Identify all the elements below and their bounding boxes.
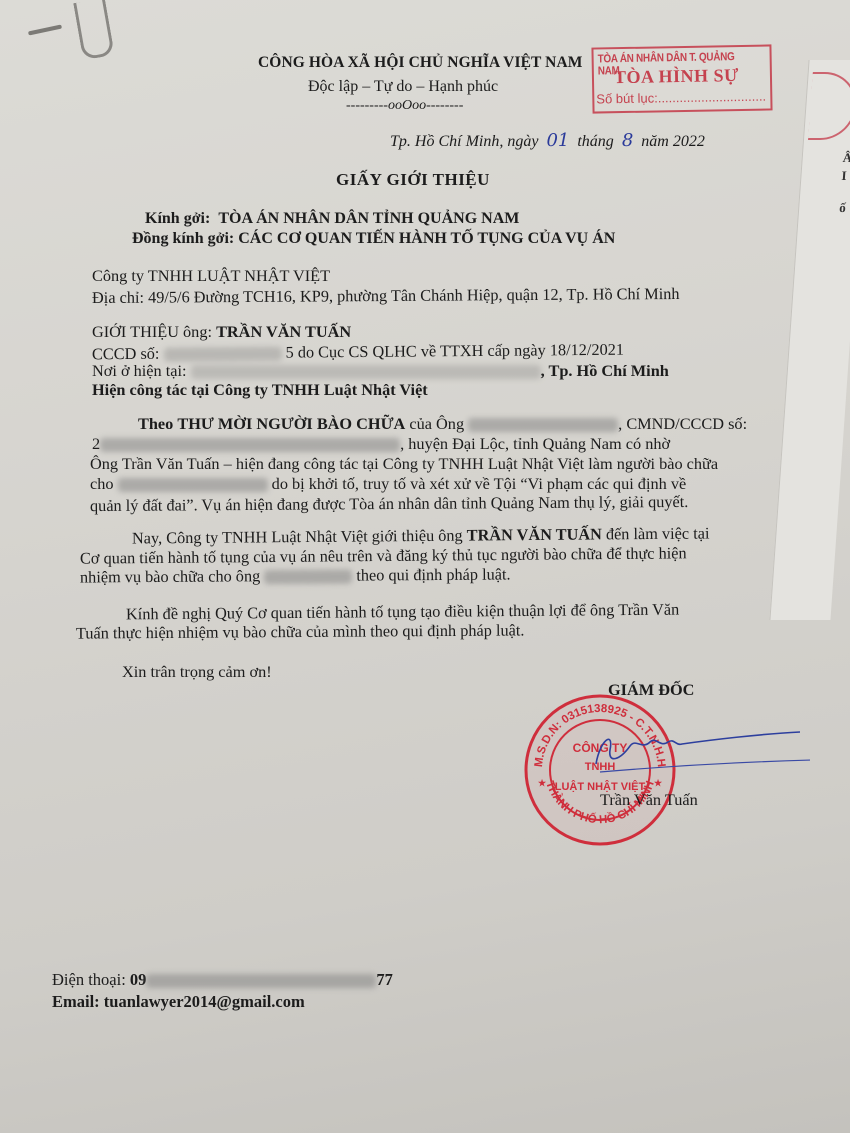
date-year: năm 2022: [641, 133, 705, 150]
handwritten-signature: [590, 720, 810, 780]
recipient-line: Kính gởi: TÒA ÁN NHÂN DÂN TỈNH QUẢNG NAM: [145, 210, 519, 228]
phone-end: 77: [376, 970, 393, 989]
email-line: Email: tuanlawyer2014@gmail.com: [52, 992, 305, 1012]
seal-star-icon: ★: [538, 778, 547, 788]
text: TRẦN VĂN TUẤN: [467, 524, 602, 544]
closing-text: Xin trân trọng cảm ơn!: [122, 662, 272, 682]
phone-label: Điện thoại:: [52, 970, 126, 989]
para2-line3: nhiệm vụ bào chữa cho ông theo qui định …: [80, 564, 511, 587]
cc-line: Đồng kính gởi: CÁC CƠ QUAN TIẾN HÀNH TỐ …: [132, 230, 615, 248]
text: Theo: [138, 414, 173, 433]
text: 2: [92, 434, 100, 453]
company-name: Công ty TNHH LUẬT NHẬT VIỆT: [92, 266, 330, 286]
underlying-sheet: Â I ố: [769, 60, 850, 620]
date-place: Tp. Hồ Chí Minh, ngày: [390, 133, 538, 150]
id-issue-info: 5 do Cục CS QLHC về TTXH cấp ngày 18/12/…: [285, 340, 624, 362]
date-line: Tp. Hồ Chí Minh, ngày01tháng8năm 2022: [390, 130, 705, 151]
para1-line4: cho do bị khởi tố, truy tố và xét xử về …: [90, 474, 686, 494]
phone-start: 09: [130, 970, 147, 989]
document-title: GIẤY GIỚI THIỆU: [336, 170, 490, 190]
redacted-name: [264, 570, 352, 585]
date-day-handwritten: 01: [546, 130, 569, 151]
recipient-label: Kính gởi:: [145, 210, 210, 227]
document-page: Â I ố CÔNG HÒA XÃ HỘI CHỦ NGHĨA VIỆT NAM…: [0, 0, 850, 1133]
company-address: Địa chỉ: 49/5/6 Đường TCH16, KP9, phường…: [92, 284, 680, 308]
workplace-line: Hiện công tác tại Công ty TNHH Luật Nhật…: [92, 380, 428, 400]
redacted-phone: [146, 974, 376, 988]
partial-stamp: [808, 72, 850, 140]
stamp-division: TÒA HÌNH SỰ: [614, 65, 739, 88]
staple-icon: [28, 25, 62, 36]
text: của Ông: [409, 414, 464, 433]
email-address[interactable]: tuanlawyer2014@gmail.com: [104, 992, 305, 1011]
national-title: CÔNG HÒA XÃ HỘI CHỦ NGHĨA VIỆT NAM: [258, 54, 583, 72]
redacted-address: [191, 365, 541, 379]
text: đến làm việc tại: [606, 523, 710, 543]
stamp-record-number: Số bút lục:.............................…: [596, 89, 766, 107]
date-month-label: tháng: [577, 133, 613, 150]
date-month-handwritten: 8: [622, 130, 633, 151]
text: do bị khởi tố, truy tố và xét xử về Tội …: [272, 474, 687, 493]
para1-line3: Ông Trần Văn Tuấn – hiện đang công tác t…: [90, 454, 718, 474]
person-name: TRẦN VĂN TUẤN: [216, 322, 351, 341]
court-received-stamp: TÒA ÁN NHÂN DÂN T. QUẢNG NAM TÒA HÌNH SỰ…: [591, 44, 772, 113]
para1-line2: 2, huyện Đại Lộc, tỉnh Quảng Nam có nhờ: [92, 434, 670, 454]
introduced-person: GIỚI THIỆU ông: TRẦN VĂN TUẤN: [92, 322, 351, 342]
text: nhiệm vụ bào chữa cho ông: [80, 566, 260, 586]
residence-label: Nơi ở hiện tại:: [92, 361, 187, 380]
redacted-id: [163, 347, 281, 362]
national-motto: Độc lập – Tự do – Hạnh phúc: [308, 78, 498, 96]
cc-label: Đồng kính gởi:: [132, 230, 234, 247]
residence-city: , Tp. Hồ Chí Minh: [541, 361, 669, 380]
para3-line2: Tuấn thực hiện nhiệm vụ bào chữa của mìn…: [76, 620, 525, 643]
divider-text: ---------ooOoo--------: [346, 98, 463, 113]
text: THƯ MỜI NGƯỜI BÀO CHỮA: [177, 414, 405, 433]
para1-line1: Theo THƯ MỜI NGƯỜI BÀO CHỮA của Ông , CM…: [138, 414, 747, 434]
text: , huyện Đại Lộc, tỉnh Quảng Nam có nhờ: [400, 434, 670, 453]
recipient-name: TÒA ÁN NHÂN DÂN TỈNH QUẢNG NAM: [218, 210, 519, 227]
text: Nay, Công ty TNHH Luật Nhật Việt giới th…: [132, 526, 463, 548]
intro-label: GIỚI THIỆU ông:: [92, 322, 212, 341]
redacted-name: [118, 478, 268, 492]
para1-line5: quản lý đất đai”. Vụ án hiện đang được T…: [90, 492, 688, 516]
phone-line: Điện thoại: 0977: [52, 970, 393, 990]
redacted-address: [100, 438, 400, 452]
header-divider: ---------ooOoo--------: [346, 98, 463, 114]
email-label: Email:: [52, 992, 100, 1011]
text: , CMND/CCCD số:: [618, 414, 747, 433]
paper-clip-icon: [73, 0, 115, 60]
cc-name: CÁC CƠ QUAN TIẾN HÀNH TỐ TỤNG CỦA VỤ ÁN: [238, 230, 615, 247]
text: cho: [90, 474, 114, 493]
residence-line: Nơi ở hiện tại: , Tp. Hồ Chí Minh: [92, 361, 669, 381]
text: theo qui định pháp luật.: [356, 564, 510, 584]
redacted-name: [468, 418, 618, 432]
signer-name: Trần Văn Tuấn: [600, 790, 698, 810]
